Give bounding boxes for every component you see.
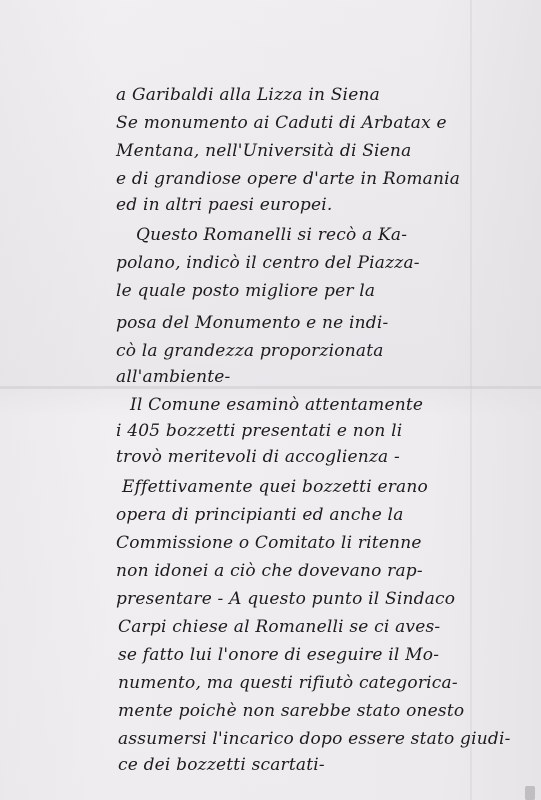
manuscript-line: a Garibaldi alla Lizza in Siena [116,84,380,106]
manuscript-line: Carpi chiese al Romanelli se ci aves- [118,616,440,638]
manuscript-line: mente poichè non sarebbe stato onesto [118,700,464,722]
manuscript-line: le quale posto migliore per la [116,280,375,302]
manuscript-line: Mentana, nell'Università di Siena [116,140,411,162]
manuscript-line: i 405 bozzetti presentati e non li [116,420,402,442]
manuscript-line: cò la grandezza proporzionata [116,340,384,362]
manuscript-line: opera di principianti ed anche la [116,504,404,526]
manuscript-line: ed in altri paesi europei. [116,194,333,216]
manuscript-line: e di grandiose opere d'arte in Romania [116,168,460,190]
manuscript-line: numento, ma questi rifiutò categorica- [118,672,458,694]
manuscript-line: Questo Romanelli si recò a Ka- [136,224,407,246]
manuscript-line: presentare - A questo punto il Sindaco [116,588,455,610]
manuscript-line: all'ambiente- [116,366,231,388]
manuscript-line: se fatto lui l'onore di eseguire il Mo- [118,644,439,666]
manuscript-line: Commissione o Comitato li ritenne [116,532,422,554]
manuscript-line: ce dei bozzetti scartati- [118,754,325,776]
manuscript-line: polano, indicò il centro del Piazza- [116,252,420,274]
manuscript-line: assumersi l'incarico dopo essere stato g… [118,728,511,750]
manuscript-line: trovò meritevoli di accoglienza - [116,446,400,468]
paper-smudge [525,786,535,800]
manuscript-line: Effettivamente quei bozzetti erano [122,476,428,498]
manuscript-line: Se monumento ai Caduti di Arbatax e [116,112,447,134]
manuscript-line: posa del Monumento e ne indi- [116,312,388,334]
paper-fold-horizontal [0,386,541,389]
manuscript-line: Il Comune esaminò attentamente [130,394,423,416]
manuscript-page: a Garibaldi alla Lizza in Siena Se monum… [0,0,541,800]
paper-fold-vertical [470,0,472,800]
manuscript-line: non idonei a ciò che dovevano rap- [116,560,423,582]
